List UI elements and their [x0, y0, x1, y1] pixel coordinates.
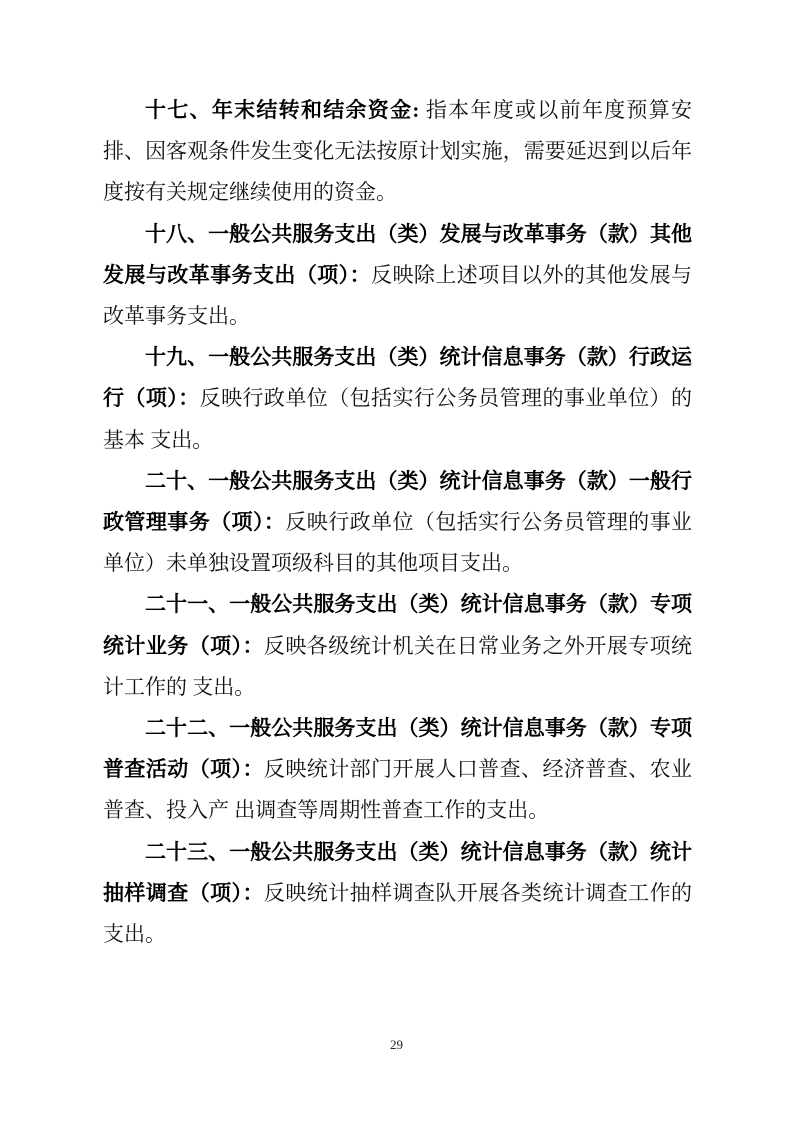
document-page: 十七、年末结转和结余资金: 指本年度或以前年度预算安排、因客观条件发生变化无法按…: [0, 0, 793, 1122]
paragraph: 二十三、一般公共服务支出（类）统计信息事务（款）统计抽样调查（项）：反映统计抽样…: [103, 832, 692, 956]
page-footer: 29: [0, 1036, 793, 1054]
paragraph: 二十、一般公共服务支出（类）统计信息事务（款）一般行政管理事务（项）：反映行政单…: [103, 461, 692, 585]
document-body: 十七、年末结转和结余资金: 指本年度或以前年度预算安排、因客观条件发生变化无法按…: [103, 90, 692, 955]
paragraph: 十八、一般公共服务支出（类）发展与改革事务（款）其他发展与改革事务支出（项）：反…: [103, 214, 692, 338]
page-number: 29: [390, 1037, 403, 1052]
paragraph-heading: 十七、年末结转和结余资金:: [145, 98, 426, 122]
paragraph: 二十二、一般公共服务支出（类）统计信息事务（款）专项普查活动（项）：反映统计部门…: [103, 708, 692, 832]
paragraph: 二十一、一般公共服务支出（类）统计信息事务（款）专项统计业务（项）：反映各级统计…: [103, 584, 692, 708]
paragraph: 十九、一般公共服务支出（类）统计信息事务（款）行政运行（项）：反映行政单位（包括…: [103, 337, 692, 461]
paragraph: 十七、年末结转和结余资金: 指本年度或以前年度预算安排、因客观条件发生变化无法按…: [103, 90, 692, 214]
